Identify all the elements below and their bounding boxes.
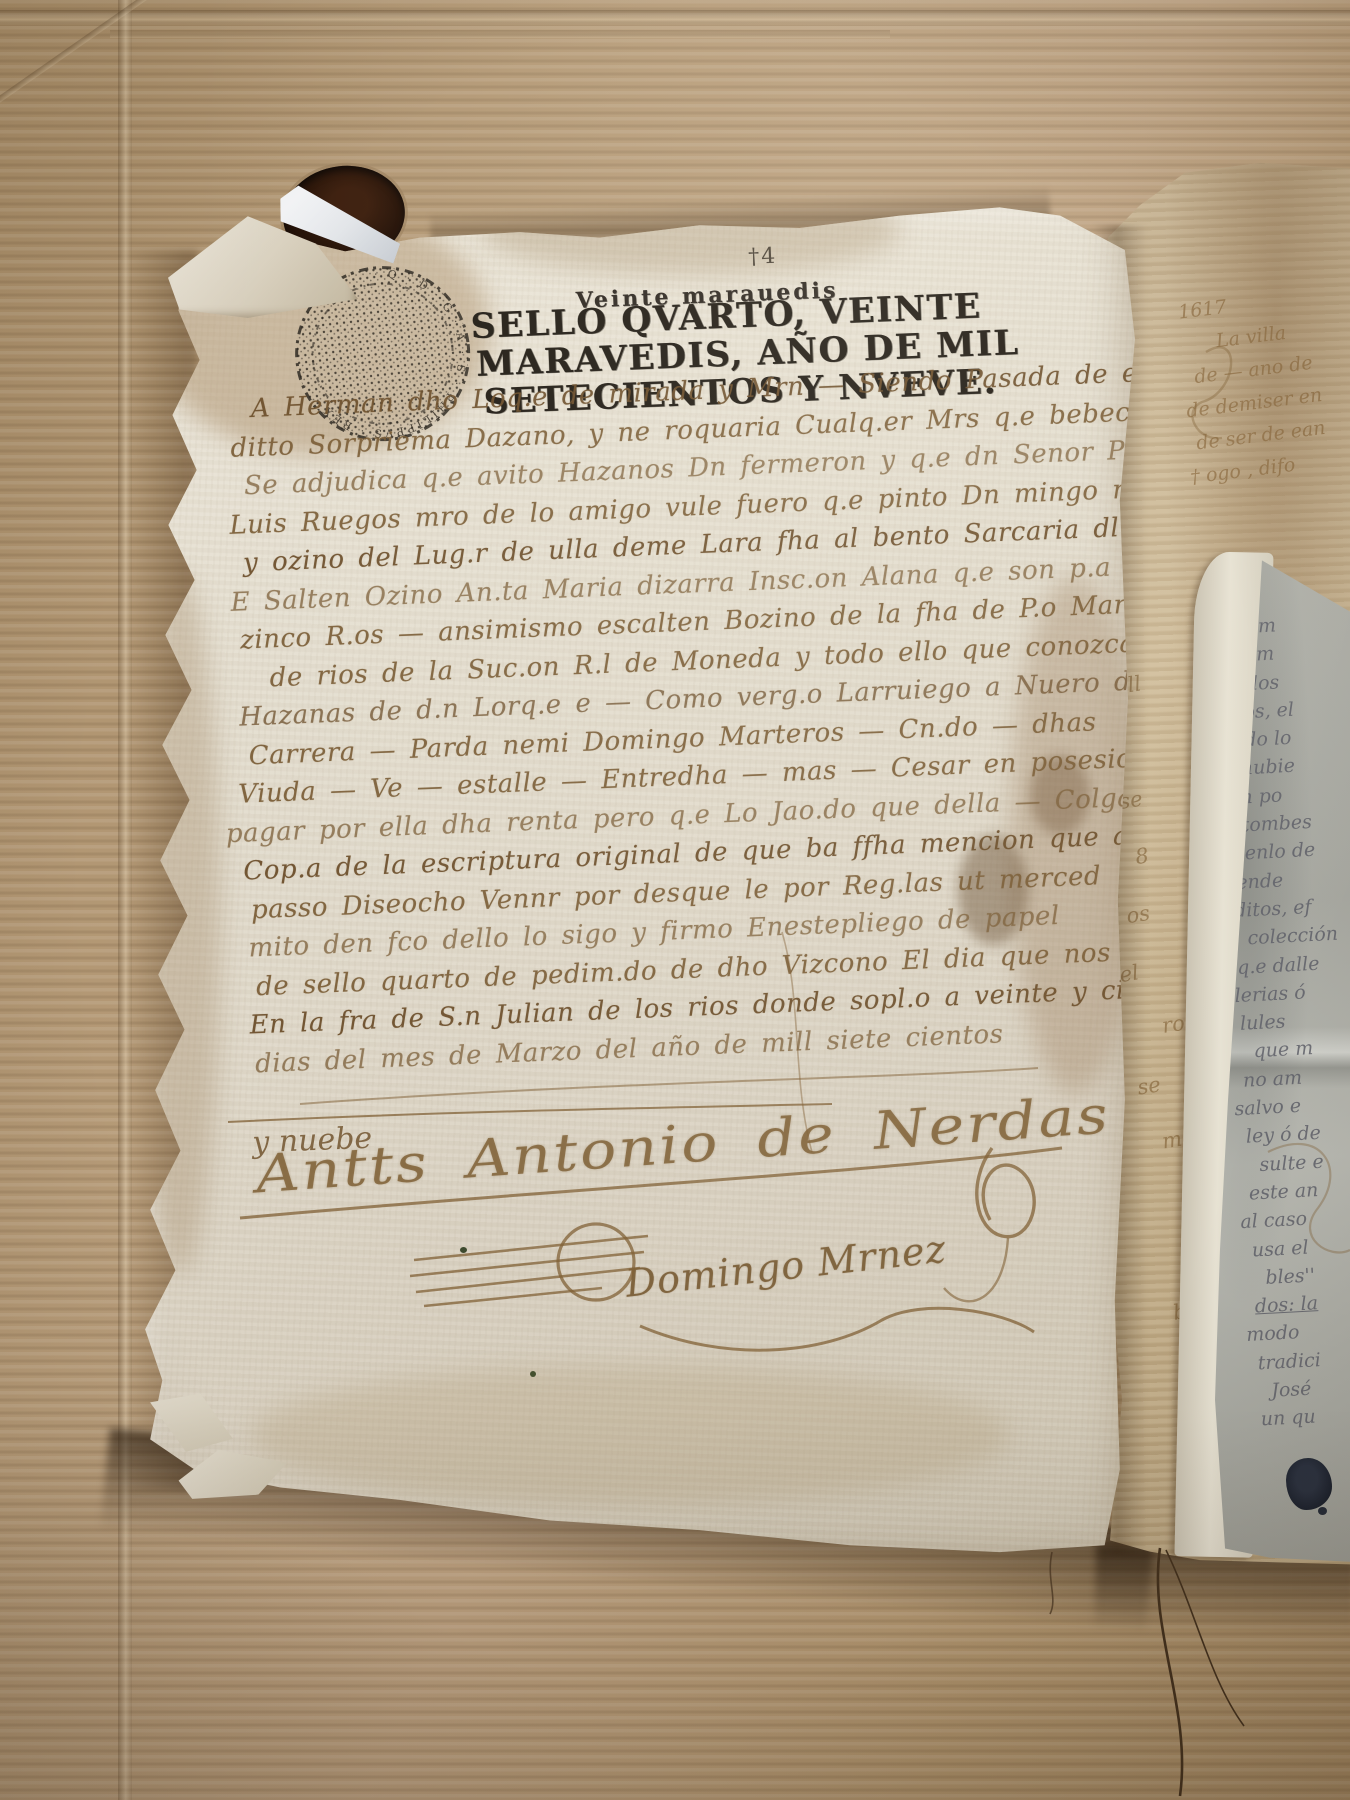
ink-blot-dot <box>1318 1507 1327 1515</box>
right-page-faded-writing: 1617 La villa de — ano de de demiser en … <box>1176 281 1332 494</box>
handwritten-body: A Herman dho Loq.e de mirada y Mrn — Sie… <box>222 356 1124 1084</box>
handwriting-fragment: José <box>1271 1371 1350 1405</box>
signature-secondary: Domingo Mrnez <box>623 1227 948 1306</box>
handwriting-fragment: sulte e <box>1259 1145 1350 1179</box>
ink-blot <box>1286 1458 1332 1510</box>
cardboard-seam-top-secondary <box>110 30 890 38</box>
handwriting-fragment: un qu <box>1260 1399 1350 1434</box>
handwriting-fragment: colección <box>1247 919 1350 953</box>
manuscript-page: · Q · D · G · A · S · PHILIPPVS · REX · … <box>130 195 1140 1570</box>
handwriting-fragment: tradici <box>1257 1343 1350 1378</box>
signature-primary: Antts Antonio de Nerdas <box>253 1085 1112 1205</box>
folio-mark: †4 <box>748 244 778 270</box>
page-content: · Q · D · G · A · S · PHILIPPVS · REX · … <box>120 172 1184 1586</box>
handwriting-fragment: bles'' <box>1265 1258 1350 1292</box>
photo-of-manuscript-on-cardboard: 1617 La villa de — ano de de demiser en … <box>0 0 1350 1800</box>
cardboard-seam-top <box>0 10 1350 26</box>
